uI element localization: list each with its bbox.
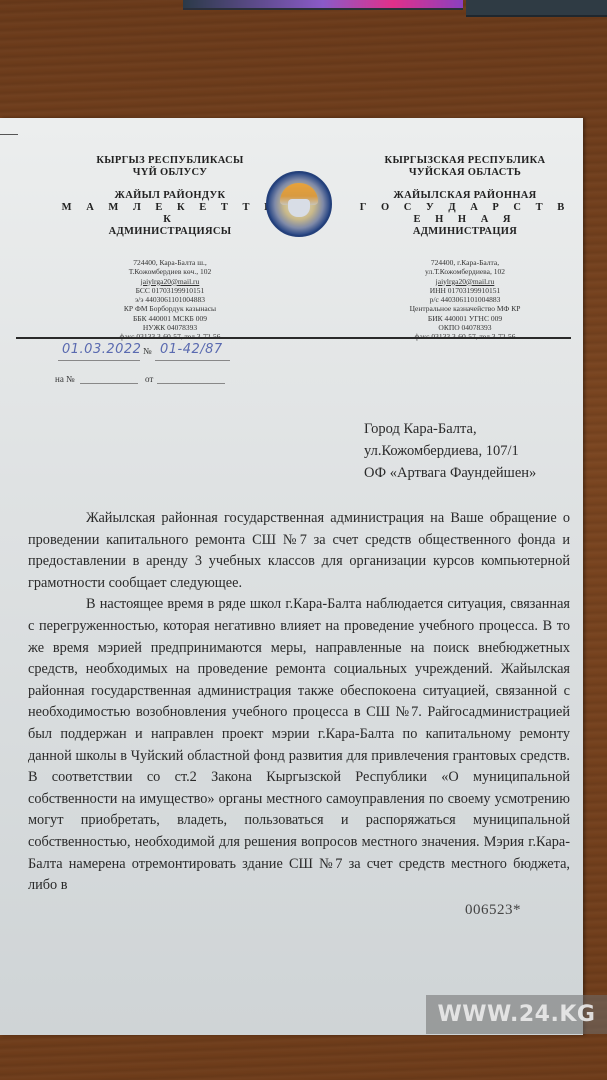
bank-line: р/с 4403061101004883 (355, 295, 575, 304)
number-underline (155, 360, 230, 361)
bank-line: БСС 01703199910151 (55, 286, 285, 295)
reply-date-label: от (145, 374, 153, 384)
address-line: Т.Кожомбердиев көч., 102 (55, 267, 285, 276)
bank-line: э/э 4403061101004883 (55, 295, 285, 304)
body-paragraph: Жайылская районная государственная админ… (28, 508, 570, 594)
org-name-ky-3: АДМИНИСТРАЦИЯСЫ (55, 226, 285, 238)
letterhead-kyrgyz: КЫРГЫЗ РЕСПУБЛИКАСЫ ЧҮЙ ОБЛУСУ ЖАЙЫЛ РАЙ… (55, 155, 285, 342)
email-link[interactable]: jaiylrga20@mail.ru (355, 277, 575, 286)
page-mark (0, 134, 18, 135)
address-line: 724400, Кара-Балта ш., (55, 258, 285, 267)
letterhead-russian: КЫРГЫЗСКАЯ РЕСПУБЛИКА ЧУЙСКАЯ ОБЛАСТЬ ЖА… (355, 155, 575, 342)
bank-line: Центральное казначейство МФ КР (355, 304, 575, 313)
reply-to-number-blank (80, 383, 138, 384)
addressee-street: ул.Кожомбердиева, 107/1 (364, 440, 536, 462)
org-name-ru-3: АДМИНИСТРАЦИЯ (355, 226, 575, 238)
handwritten-date: 01.03.2022 (62, 342, 141, 357)
org-name-ru-1: ЖАЙЫЛСКАЯ РАЙОННАЯ (355, 190, 575, 202)
letter-body: Жайылская районная государственная админ… (28, 508, 570, 897)
bank-line: БИК 440001 УГНС 009 (355, 314, 575, 323)
contact-info-ru: 724400, г.Кара-Балта, ул.Т.Кожомбердиева… (355, 258, 575, 342)
site-watermark: WWW.24.KG (426, 995, 607, 1034)
country-name-ru: КЫРГЫЗСКАЯ РЕСПУБЛИКА (355, 155, 575, 167)
bank-line: ББК 440001 МСКБ 009 (55, 314, 285, 323)
org-name-ky-2: М А М Л Е К Е Т Т И К (55, 202, 285, 226)
date-underline (58, 360, 140, 361)
serial-number: 006523* (465, 902, 521, 919)
emblem-falcon (288, 199, 310, 217)
number-label: № (143, 346, 152, 356)
country-name-ky: КЫРГЫЗ РЕСПУБЛИКАСЫ (55, 155, 285, 167)
book-stack (466, 0, 607, 17)
address-line: 724400, г.Кара-Балта, (355, 258, 575, 267)
region-name-ru: ЧУЙСКАЯ ОБЛАСТЬ (355, 167, 575, 179)
bank-line: ОКПО 04078393 (355, 323, 575, 332)
addressee-block: Город Кара-Балта, ул.Кожомбердиева, 107/… (364, 418, 536, 484)
handwritten-outgoing-number: 01-42/87 (160, 342, 223, 357)
bank-line: НУЖК 04078393 (55, 323, 285, 332)
bank-line: КР ФМ Борбордук казынасы (55, 304, 285, 313)
bank-line: ИНН 01703199910151 (355, 286, 575, 295)
contact-info-ky: 724400, Кара-Балта ш., Т.Кожомбердиев кө… (55, 258, 285, 342)
org-name-ru-2: Г О С У Д А Р С Т В Е Н Н А Я (355, 202, 575, 226)
region-name-ky: ЧҮЙ ОБЛУСУ (55, 167, 285, 179)
addressee-city: Город Кара-Балта, (364, 418, 536, 440)
state-emblem-icon (266, 171, 332, 237)
book-cover (183, 0, 463, 10)
reply-date-blank (157, 383, 225, 384)
addressee-org: ОФ «Артвага Фаундейшен» (364, 462, 536, 484)
org-name-ky-1: ЖАЙЫЛ РАЙОНДУК (55, 190, 285, 202)
reply-to-number-label: на № (55, 374, 75, 384)
body-paragraph: В настоящее время в ряде школ г.Кара-Бал… (28, 594, 570, 896)
email-link[interactable]: jaiylrga20@mail.ru (55, 277, 285, 286)
address-line: ул.Т.Кожомбердиева, 102 (355, 267, 575, 276)
letterhead-divider (16, 337, 571, 339)
